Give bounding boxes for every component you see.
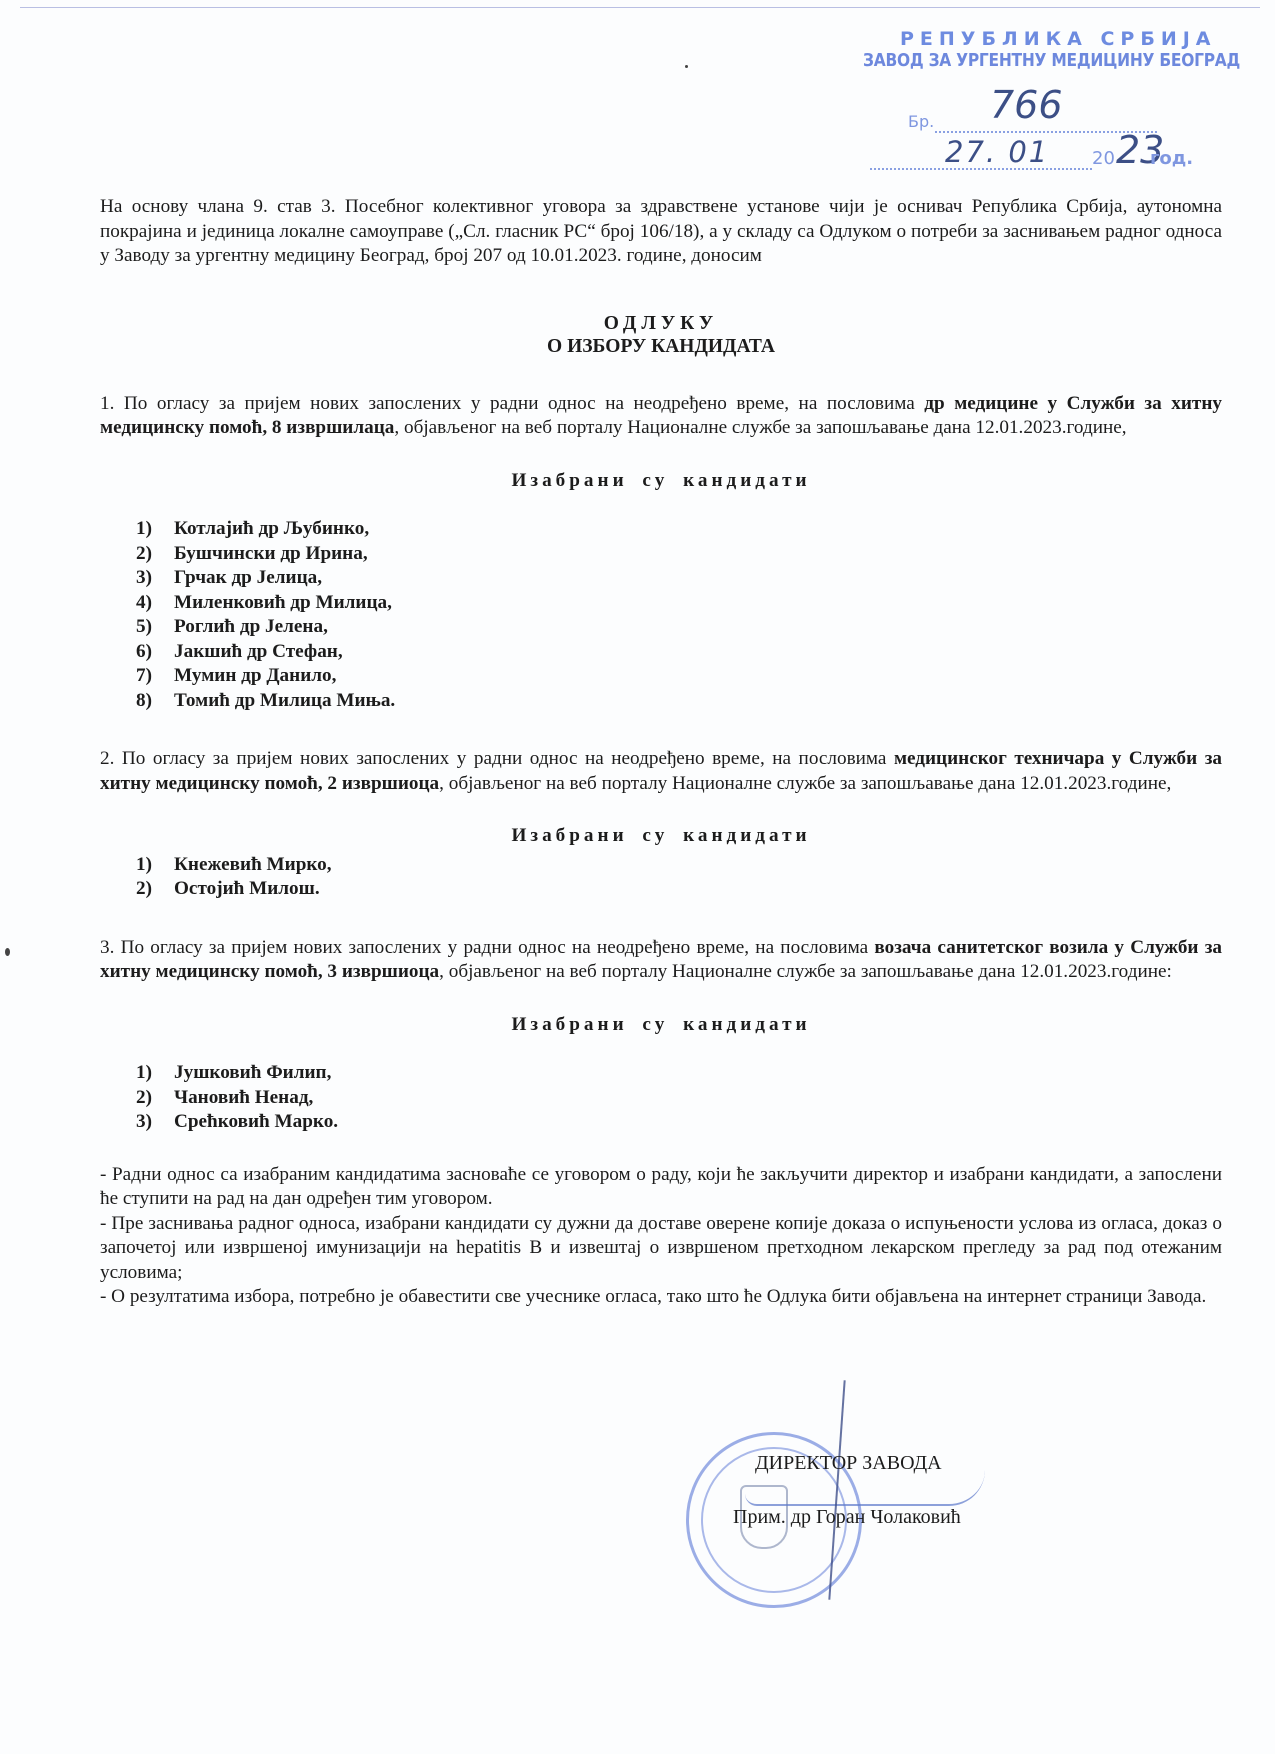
candidate-item: 2)Остојић Милош. (136, 877, 1222, 902)
candidate-item: 7)Мумин др Данило, (136, 664, 1222, 689)
signatory-name: Прим. др Горан Чолаковић (733, 1506, 961, 1529)
stamp-republic: РЕПУБЛИКА СРБИЈА (900, 28, 1217, 50)
dotted-line (870, 168, 1092, 170)
handwritten-signature (745, 1470, 985, 1506)
title-line-2: О ИЗБОРУ КАНДИДАТА (100, 335, 1222, 358)
candidate-name: Томић др Милица Миња. (174, 689, 395, 714)
intro-text: 3. По огласу за пријем нових запослених … (100, 937, 874, 958)
candidate-number: 8) (136, 689, 174, 714)
selected-heading: Изабрани су кандидати (100, 824, 1222, 849)
candidate-number: 2) (136, 1086, 174, 1111)
candidate-name: Остојић Милош. (174, 877, 320, 902)
candidate-number: 2) (136, 877, 174, 902)
candidate-name: Котлајић др Љубинко, (174, 517, 369, 542)
candidate-number: 4) (136, 591, 174, 616)
section-3: 3. По огласу за пријем нових запослених … (100, 936, 1222, 1135)
candidate-item: 2)Бушчински др Ирина, (136, 542, 1222, 567)
candidate-number: 2) (136, 542, 174, 567)
intro-text: , објављеног на веб порталу Националне с… (439, 773, 1171, 794)
intro-text: 2. По огласу за пријем нових запослених … (100, 748, 894, 769)
candidate-item: 4)Миленковић др Милица, (136, 591, 1222, 616)
candidate-number: 1) (136, 517, 174, 542)
section-intro: 1. По огласу за пријем нових запослених … (100, 392, 1222, 441)
preamble: На основу члана 9. став 3. Посебног коле… (100, 195, 1222, 269)
candidate-name: Грчак др Јелица, (174, 566, 322, 591)
section-intro: 3. По огласу за пријем нових запослених … (100, 936, 1222, 985)
section-2: 2. По огласу за пријем нових запослених … (100, 747, 1222, 902)
note-employment-contract: - Радни однос са изабраним кандидатима з… (100, 1163, 1222, 1212)
selected-heading: Изабрани су кандидати (100, 1013, 1222, 1038)
candidate-item: 8)Томић др Милица Миња. (136, 689, 1222, 714)
candidate-list: 1)Јушковић Филип, 2)Чановић Ненад, 3)Сре… (100, 1061, 1222, 1135)
intro-text: 1. По огласу за пријем нових запослених … (100, 393, 924, 414)
note-required-documents: - Пре заснивања радног односа, изабрани … (100, 1212, 1222, 1286)
decision-title: ОДЛУКУ О ИЗБОРУ КАНДИДАТА (100, 312, 1222, 358)
candidate-item: 1)Кнежевић Мирко, (136, 853, 1222, 878)
candidate-name: Јушковић Филип, (174, 1061, 331, 1086)
candidate-item: 1)Котлајић др Љубинко, (136, 517, 1222, 542)
candidate-name: Срећковић Марко. (174, 1110, 338, 1135)
candidate-number: 1) (136, 853, 174, 878)
candidate-item: 2)Чановић Ненад, (136, 1086, 1222, 1111)
registry-number-label: Бр. (908, 112, 934, 131)
candidate-name: Миленковић др Милица, (174, 591, 392, 616)
candidate-item: 1)Јушковић Филип, (136, 1061, 1222, 1086)
candidate-number: 6) (136, 640, 174, 665)
stamp-institution: ЗАВОД ЗА УРГЕНТНУ МЕДИЦИНУ БЕОГРАД (863, 50, 1240, 71)
section-1: 1. По огласу за пријем нових запослених … (100, 392, 1222, 714)
candidate-name: Роглић др Јелена, (174, 615, 328, 640)
selected-heading: Изабрани су кандидати (100, 469, 1222, 494)
registry-date: 27. 01 (945, 135, 1049, 169)
signatory-title: ДИРЕКТОР ЗАВОДА (755, 1452, 942, 1475)
candidate-number: 5) (136, 615, 174, 640)
candidate-number: 3) (136, 1110, 174, 1135)
notes: - Радни однос са изабраним кандидатима з… (100, 1163, 1222, 1310)
candidate-number: 7) (136, 664, 174, 689)
candidate-name: Чановић Ненад, (174, 1086, 313, 1111)
candidate-name: Бушчински др Ирина, (174, 542, 368, 567)
intro-text: , објављеног на веб порталу Националне с… (394, 417, 1126, 438)
note-publication: - О резултатима избора, потребно је обав… (100, 1285, 1222, 1310)
candidate-item: 3)Грчак др Јелица, (136, 566, 1222, 591)
intro-text: , објављеног на веб порталу Националне с… (439, 961, 1172, 982)
scan-speck (5, 948, 10, 956)
registry-year-prefix: 20 (1092, 148, 1115, 169)
candidate-item: 6)Јакшић др Стефан, (136, 640, 1222, 665)
candidate-name: Кнежевић Мирко, (174, 853, 332, 878)
candidate-name: Мумин др Данило, (174, 664, 336, 689)
candidate-name: Јакшић др Стефан, (174, 640, 343, 665)
candidate-list: 1)Кнежевић Мирко, 2)Остојић Милош. (100, 853, 1222, 902)
registry-year-suffix: год. (1150, 148, 1193, 169)
registry-number: 766 (990, 83, 1063, 127)
candidate-item: 3)Срећковић Марко. (136, 1110, 1222, 1135)
title-line-1: ОДЛУКУ (100, 312, 1222, 335)
scan-top-edge (20, 7, 1260, 8)
registry-stamp: РЕПУБЛИКА СРБИЈА ЗАВОД ЗА УРГЕНТНУ МЕДИЦ… (860, 28, 1260, 173)
candidate-list: 1)Котлајић др Љубинко, 2)Бушчински др Ир… (100, 517, 1222, 713)
scan-speck (685, 65, 688, 68)
document-body: На основу члана 9. став 3. Посебног коле… (100, 195, 1222, 1310)
section-intro: 2. По огласу за пријем нових запослених … (100, 747, 1222, 796)
candidate-item: 5)Роглић др Јелена, (136, 615, 1222, 640)
candidate-number: 3) (136, 566, 174, 591)
candidate-number: 1) (136, 1061, 174, 1086)
